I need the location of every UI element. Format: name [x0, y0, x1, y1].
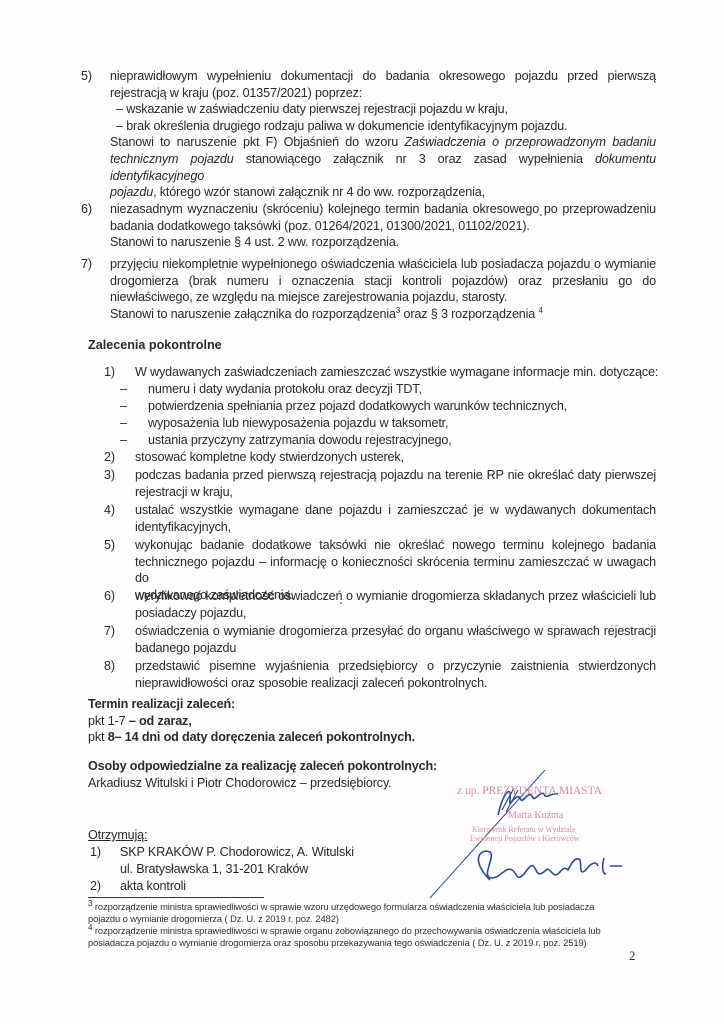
item-number: 2) — [90, 878, 101, 895]
item-number: 5) — [104, 537, 115, 554]
recipient-item-1: 1) SKP KRAKÓW P. Chodorowicz, A. Witulsk… — [88, 844, 147, 878]
text-line: stosować kompletne kody stwierdzonych us… — [135, 449, 656, 466]
stamp-name: Marta Kuźma — [508, 810, 563, 821]
deadline-heading: Termin realizacji zaleceń: — [88, 696, 415, 713]
text: pkt 1-7 — [88, 714, 129, 728]
dash-line: – brak określenia drugiego rodzaju paliw… — [110, 118, 656, 135]
sub-item: – numeru i daty wydania protokołu oraz d… — [120, 381, 620, 398]
recommendation-item-4: 4) ustalać wszystkie wymagane dane pojaz… — [104, 502, 656, 535]
text-line: posiadaczy pojazdu, — [135, 605, 656, 622]
sub-item-text: wyposażenia lub niewyposażenia pojazdu w… — [148, 415, 620, 432]
item-number: 1) — [104, 364, 115, 381]
text-line: identyfikacyjnych, — [135, 519, 656, 536]
italic-text: pojazdu — [110, 185, 153, 199]
deadline-line: pkt 1-7 – od zaraz, — [88, 713, 415, 730]
dash-bullet: – — [120, 381, 127, 398]
sub-item: – wyposażenia lub niewyposażenia pojazdu… — [120, 415, 620, 432]
item-number: 1) — [90, 844, 101, 861]
recipient-line: SKP KRAKÓW P. Chodorowicz, A. Witulski — [120, 844, 354, 861]
stamp-line-3: Ewidencji Pojazdów i Kierowców — [470, 834, 580, 843]
footnote-3: 3 rozporządzenie ministra sprawiedliwośc… — [88, 901, 648, 925]
recipient-item-2: 2) akta kontroli — [88, 878, 147, 895]
text-line: drogomierza (brak numeru i oznaczenia st… — [110, 273, 656, 290]
official-stamp: z up. PREZYDENTA MIASTA Marta Kuźma Kier… — [420, 770, 660, 910]
item-number: 2) — [104, 449, 115, 466]
responsible-section: Osoby odpowiedzialne za realizację zalec… — [88, 758, 437, 791]
text-line: nieprawidłowym wypełnieniu dokumentacji … — [110, 68, 656, 85]
recommendation-item-6: 6) weryfikować kompletność oświadczeń o … — [104, 588, 656, 621]
stamp-line-1: z up. PREZYDENTA MIASTA — [457, 785, 602, 797]
sub-item: – ustania przyczyny zatrzymania dowodu r… — [120, 432, 620, 449]
text-line: oświadczenia o wymianie drogomierza prze… — [135, 623, 656, 640]
scan-speck — [540, 214, 542, 216]
legal-line: pojazdu, którego wzór stanowi załącznik … — [110, 184, 656, 201]
recipient-address: ul. Bratysławska 1, 31-201 Kraków — [120, 861, 308, 878]
stamp-line-2: Kierownik Referatu w Wydziale — [472, 825, 576, 834]
text: Stanowi to naruszenie pkt F) Objaśnień d… — [110, 135, 404, 149]
item-number: 4) — [104, 502, 115, 519]
text-line: przedstawić pisemne wyjaśnienia przedsię… — [135, 658, 656, 675]
responsible-heading: Osoby odpowiedzialne za realizację zalec… — [88, 758, 437, 775]
legal-line: technicznym pojazdu stanowiącego załączn… — [110, 151, 656, 184]
text-line: przyjęciu niekompletnie wypełnionego ośw… — [110, 256, 656, 273]
text: oraz § 3 rozporządzenia — [400, 307, 538, 321]
recipient-line: akta kontroli — [120, 878, 186, 895]
footnote-text: rozporządzenie ministra sprawiedliwości … — [92, 925, 600, 936]
text-line: niewłaściwego, ze względu na miejsce zar… — [110, 289, 656, 306]
text-line: badania dodatkowego taksówki (poz. 01264… — [110, 218, 656, 235]
footnote-ref: 4 — [539, 306, 543, 315]
deadline-line: pkt 8– 14 dni od daty doręczenia zaleceń… — [88, 729, 415, 746]
text-line: technicznego pojazdu – informację o koni… — [135, 554, 656, 587]
dash-bullet: – — [120, 432, 127, 449]
text-line: nieprawidłowości oraz sposobie realizacj… — [135, 675, 656, 692]
text: pkt — [88, 730, 108, 744]
text-line: ustalać wszystkie wymagane dane pojazdu … — [135, 502, 656, 519]
item-number: 5) — [81, 68, 92, 85]
text-line: wykonując badanie dodatkowe taksówki nie… — [135, 537, 656, 554]
footnote-4: 4 rozporządzenie ministra sprawiedliwośc… — [88, 925, 648, 949]
recipients-section: Otrzymują: 1) SKP KRAKÓW P. Chodorowicz,… — [88, 827, 147, 895]
text-line: rejestracji w kraju, — [135, 484, 656, 501]
text-line: badanego pojazdu — [135, 640, 656, 657]
italic-text: technicznym pojazdu — [110, 152, 234, 166]
footnote-text: rozporządzenie ministra sprawiedliwości … — [92, 901, 594, 912]
recommendation-item-3: 3) podczas badania przed pierwszą rejest… — [104, 467, 656, 500]
italic-text: Zaświadczenia o przeprowadzonym badaniu — [404, 135, 656, 149]
text-line: podczas badania przed pierwszą rejestrac… — [135, 467, 656, 484]
recipients-heading: Otrzymują: — [88, 827, 147, 844]
footnote-text: posiadacza pojazdu o wymianie drogomierz… — [88, 937, 648, 949]
item-number: 3) — [104, 467, 115, 484]
text-line: rejestracją w kraju (poz. 01357/2021) po… — [110, 85, 656, 102]
text: , którego wzór stanowi załącznik nr 4 do… — [153, 185, 485, 199]
recommendation-item-2: 2) stosować kompletne kody stwierdzonych… — [104, 449, 656, 466]
text-line: W wydawanych zaświadczeniach zamieszczać… — [135, 364, 656, 381]
item-number: 6) — [81, 201, 92, 218]
item-number: 6) — [104, 588, 115, 605]
text-line: weryfikować kompletność oświadczeń o wym… — [135, 588, 656, 605]
text-line: niezasadnym wyznaczeniu (skróceniu) kole… — [110, 201, 656, 218]
item-number: 7) — [81, 256, 92, 273]
text: Stanowi to naruszenie załącznika do rozp… — [110, 307, 396, 321]
text-line: Stanowi to naruszenie § 4 ust. 2 ww. roz… — [110, 234, 656, 251]
bold-text: 8– 14 dni od daty doręczenia zaleceń pok… — [108, 730, 415, 744]
dash-line: – wskazanie w zaświadczeniu daty pierwsz… — [110, 101, 656, 118]
dash-bullet: – — [120, 415, 127, 432]
deadline-section: Termin realizacji zaleceń: pkt 1-7 – od … — [88, 696, 415, 746]
recommendations-heading: Zalecenia pokontrolne — [88, 338, 222, 352]
violation-item-6: 6) niezasadnym wyznaczeniu (skróceniu) k… — [81, 201, 656, 251]
sub-item: – potwierdzenia spełniania przez pojazd … — [120, 398, 620, 415]
recommendation-item-1: 1) W wydawanych zaświadczeniach zamieszc… — [104, 364, 656, 381]
item-number: 7) — [104, 623, 115, 640]
footnote-separator — [88, 897, 264, 898]
violation-item-7: 7) przyjęciu niekompletnie wypełnionego … — [81, 256, 656, 322]
page-number: 2 — [629, 948, 636, 964]
sub-item-text: ustania przyczyny zatrzymania dowodu rej… — [148, 432, 620, 449]
text: stanowiącego załącznik nr 3 oraz zasad w… — [234, 152, 595, 166]
responsible-names: Arkadiusz Witulski i Piotr Chodorowicz –… — [88, 775, 437, 792]
recommendation-item-8: 8) przedstawić pisemne wyjaśnienia przed… — [104, 658, 656, 691]
sub-item-text: numeru i daty wydania protokołu oraz dec… — [148, 381, 620, 398]
violation-item-5: 5) nieprawidłowym wypełnieniu dokumentac… — [81, 68, 656, 201]
sub-item-text: potwierdzenia spełniania przez pojazd do… — [148, 398, 620, 415]
recommendation-item-7: 7) oświadczenia o wymianie drogomierza p… — [104, 623, 656, 656]
document-page: 5) nieprawidłowym wypełnieniu dokumentac… — [0, 0, 724, 1024]
legal-line: Stanowi to naruszenie załącznika do rozp… — [110, 306, 656, 323]
scan-speck — [340, 602, 342, 604]
dash-bullet: – — [120, 398, 127, 415]
footnote-text: pojazdu o wymianie drogomierza ( Dz. U. … — [88, 913, 648, 925]
bold-text: – od zaraz, — [129, 714, 192, 728]
legal-line: Stanowi to naruszenie pkt F) Objaśnień d… — [110, 134, 656, 151]
item-number: 8) — [104, 658, 115, 675]
